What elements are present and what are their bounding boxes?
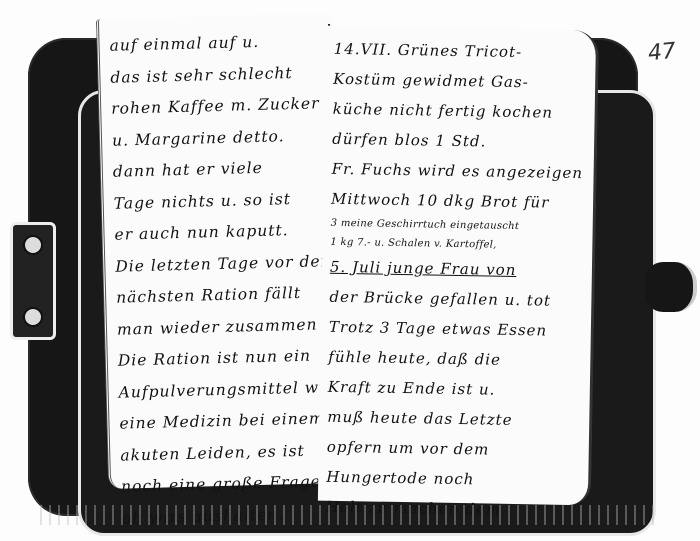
text-line: küche nicht fertig kochen (332, 94, 588, 128)
right-page-text: 14.VII. Grünes Tricot- Kostüm gewidmet G… (326, 34, 590, 526)
text-line: noch eine große Frage (121, 466, 338, 503)
text-line: eine Medizin bei einem (119, 403, 336, 440)
text-line-dated: 5. Juli junge Frau von (330, 252, 586, 286)
text-line: muß heute das Letzte (327, 402, 583, 436)
text-line: rohen Kaffee m. Zucker (111, 88, 328, 125)
text-line: 14.VII. Grünes Tricot- (334, 34, 590, 68)
text-line: Fr. Fuchs wird es angezeigen (331, 154, 587, 188)
left-page-text: auf einmal auf u. das ist sehr schlecht … (109, 25, 338, 534)
text-line: der Brücke gefallen u. tot (329, 282, 585, 316)
right-page: 14.VII. Grünes Tricot- Kostüm gewidmet G… (318, 26, 599, 506)
date-text: 5. Juli junge Frau von (330, 258, 517, 279)
text-line: Kostüm gewidmet Gas- (333, 64, 589, 98)
text-line: Trotz 3 Tage etwas Essen (329, 312, 585, 346)
page-number: 47 (647, 39, 677, 67)
diary-scan: auf einmal auf u. das ist sehr schlecht … (0, 0, 700, 541)
scan-noise (40, 505, 660, 525)
left-page: auf einmal auf u. das ist sehr schlecht … (96, 13, 343, 489)
right-clasp-icon (645, 262, 697, 312)
text-line: Mittwoch 10 dkg Brot für (331, 184, 587, 218)
text-line: fühle heute, daß die (328, 342, 584, 376)
text-line: Kraft zu Ende ist u. (328, 372, 584, 406)
text-line: Hungertode noch (326, 462, 582, 496)
text-line: dürfen blos 1 Std. (332, 124, 588, 158)
text-line: Die Ration ist nun ein (117, 340, 334, 377)
left-clasp-icon (10, 222, 56, 340)
text-line: opfern um vor dem (327, 432, 583, 466)
text-line: nächsten Ration fällt (116, 277, 333, 314)
